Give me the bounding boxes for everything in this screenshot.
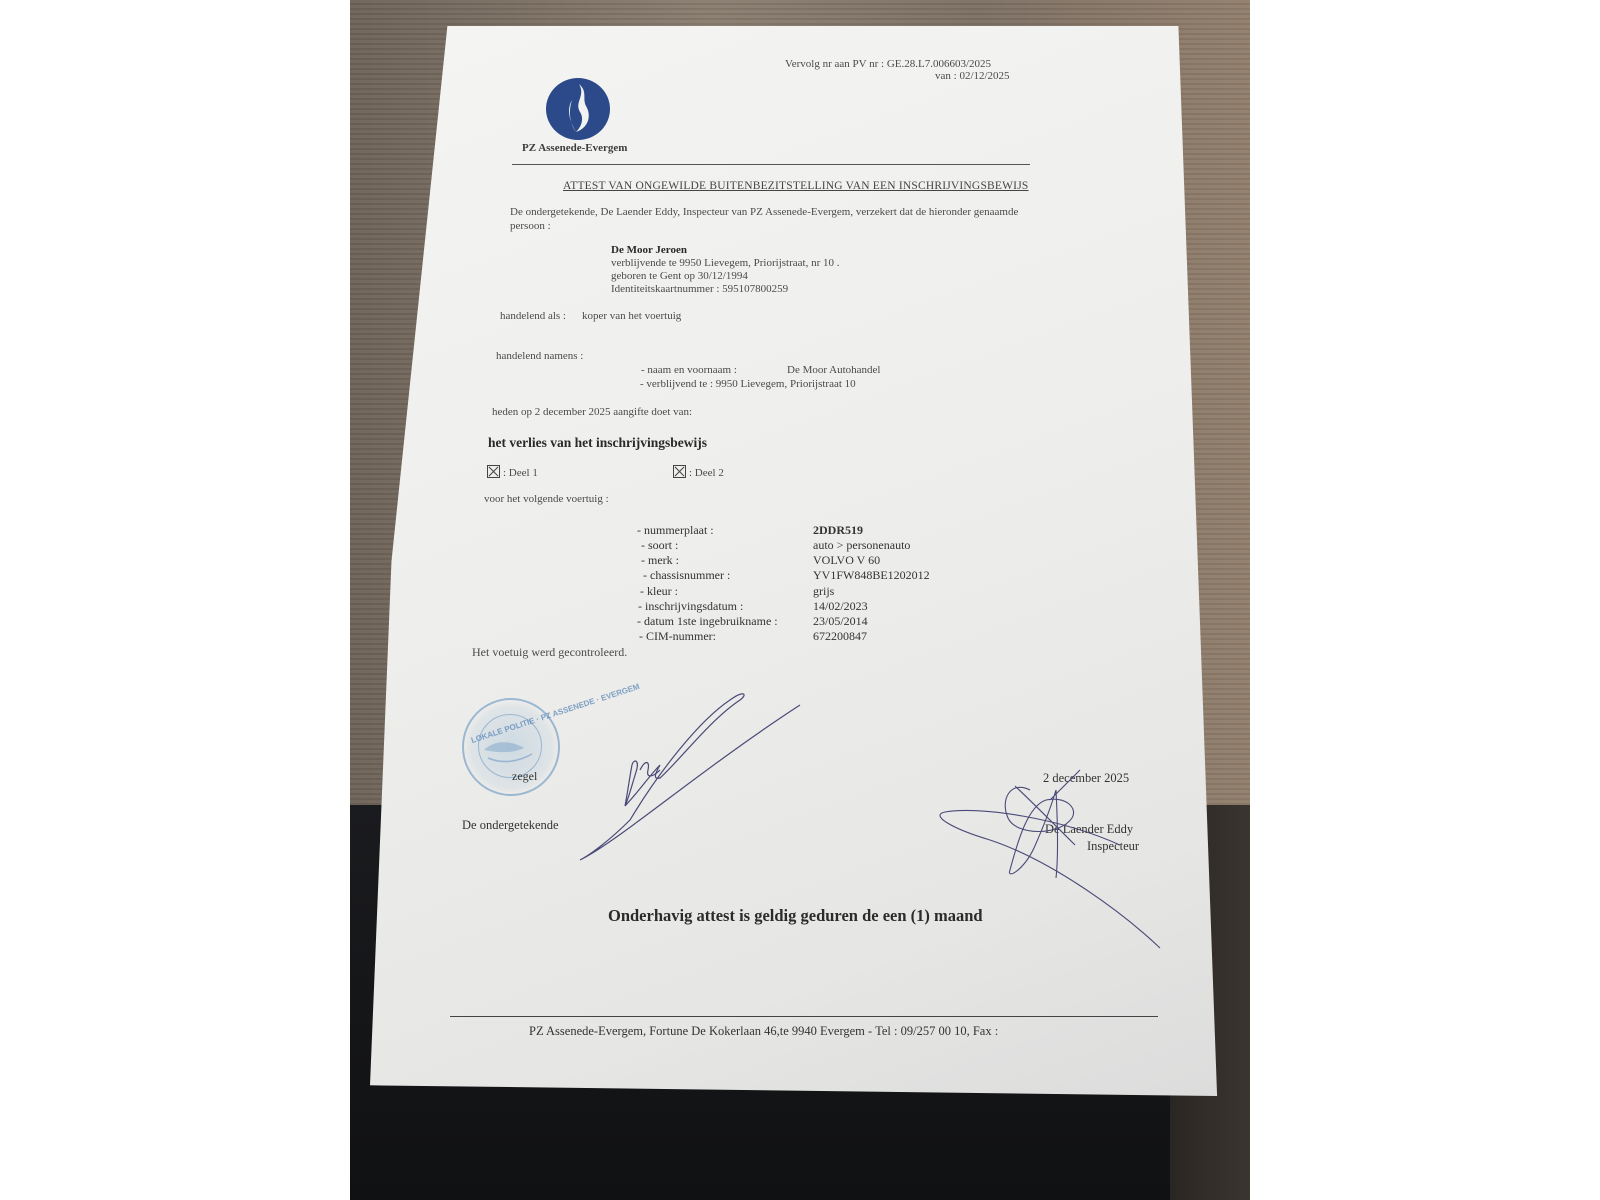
checkbox-checked-icon: [673, 465, 686, 478]
intro-text-line1: De ondergetekende, De Laender Eddy, Insp…: [510, 206, 1018, 218]
vehicle-field-value: grijs: [813, 584, 834, 599]
vehicle-field-label: - chassisnummer :: [643, 568, 730, 583]
police-logo-icon: [546, 78, 610, 140]
officer-name: De Laender Eddy: [1045, 822, 1133, 837]
declaration-line: heden op 2 december 2025 aangifte doet v…: [492, 406, 692, 418]
vehicle-field-label: - merk :: [641, 553, 679, 568]
footer-contact: PZ Assenede-Evergem, Fortune De Kokerlaa…: [529, 1024, 998, 1039]
vehicle-field-value: auto > personenauto: [813, 538, 910, 553]
vehicle-intro: voor het volgende voertuig :: [484, 493, 609, 505]
person-birth: geboren te Gent op 30/12/1994: [611, 270, 748, 282]
declaration-subject: het verlies van het inschrijvingsbewijs: [488, 435, 707, 451]
vehicle-field-label: - datum 1ste ingebruikname :: [637, 614, 778, 629]
part-2: : Deel 2: [673, 465, 724, 479]
person-id-card: Identiteitskaartnummer : 595107800259: [611, 283, 788, 295]
vehicle-field-label: - soort :: [641, 538, 678, 553]
checkbox-checked-icon: [487, 465, 500, 478]
sign-date: 2 december 2025: [1043, 771, 1129, 786]
vehicle-field-value: 2DDR519: [813, 523, 863, 538]
acting-as-label: handelend als :: [500, 310, 566, 322]
part-2-label: : Deel 2: [689, 467, 724, 479]
pv-date: van : 02/12/2025: [935, 70, 1010, 82]
footer-divider: [450, 1016, 1158, 1017]
logo-caption: PZ Assenede-Evergem: [522, 142, 627, 154]
vehicle-field-value: YV1FW848BE1202012: [813, 568, 930, 583]
signature-left: [580, 694, 800, 860]
vehicle-field-value: 672200847: [813, 629, 867, 644]
intro-text-line2: persoon :: [510, 220, 551, 232]
vehicle-field-label: - CIM-nummer:: [639, 629, 716, 644]
person-name: De Moor Jeroen: [611, 244, 687, 256]
checked-note: Het voetuig werd gecontroleerd.: [472, 645, 627, 660]
on-behalf-name-value: De Moor Autohandel: [787, 364, 880, 376]
on-behalf-label: handelend namens :: [496, 350, 583, 362]
validity-notice: Onderhavig attest is geldig geduren de e…: [608, 906, 983, 926]
vehicle-field-value: VOLVO V 60: [813, 553, 880, 568]
vehicle-field-label: - nummerplaat :: [637, 523, 714, 538]
document: Vervolg nr aan PV nr : GE.28.L7.006603/2…: [0, 0, 1600, 1200]
part-1: : Deel 1: [487, 465, 538, 479]
pv-reference: Vervolg nr aan PV nr : GE.28.L7.006603/2…: [785, 58, 991, 70]
document-title: ATTEST VAN ONGEWILDE BUITENBEZITSTELLING…: [563, 180, 1029, 192]
person-address: verblijvende te 9950 Lievegem, Priorijst…: [611, 257, 840, 269]
on-behalf-address: - verblijvend te : 9950 Lievegem, Priori…: [640, 378, 856, 390]
signatory-left: De ondergetekende: [462, 818, 559, 833]
vehicle-field-label: - kleur :: [640, 584, 678, 599]
vehicle-field-label: - inschrijvingsdatum :: [638, 599, 743, 614]
vehicle-field-value: 14/02/2023: [813, 599, 868, 614]
part-1-label: : Deel 1: [503, 467, 538, 479]
vehicle-field-value: 23/05/2014: [813, 614, 868, 629]
officer-title: Inspecteur: [1087, 839, 1139, 854]
header-divider: [512, 164, 1030, 165]
seal-label: zegel: [512, 769, 537, 784]
on-behalf-name-label: - naam en voornaam :: [641, 364, 737, 376]
acting-as-value: koper van het voertuig: [582, 310, 681, 322]
